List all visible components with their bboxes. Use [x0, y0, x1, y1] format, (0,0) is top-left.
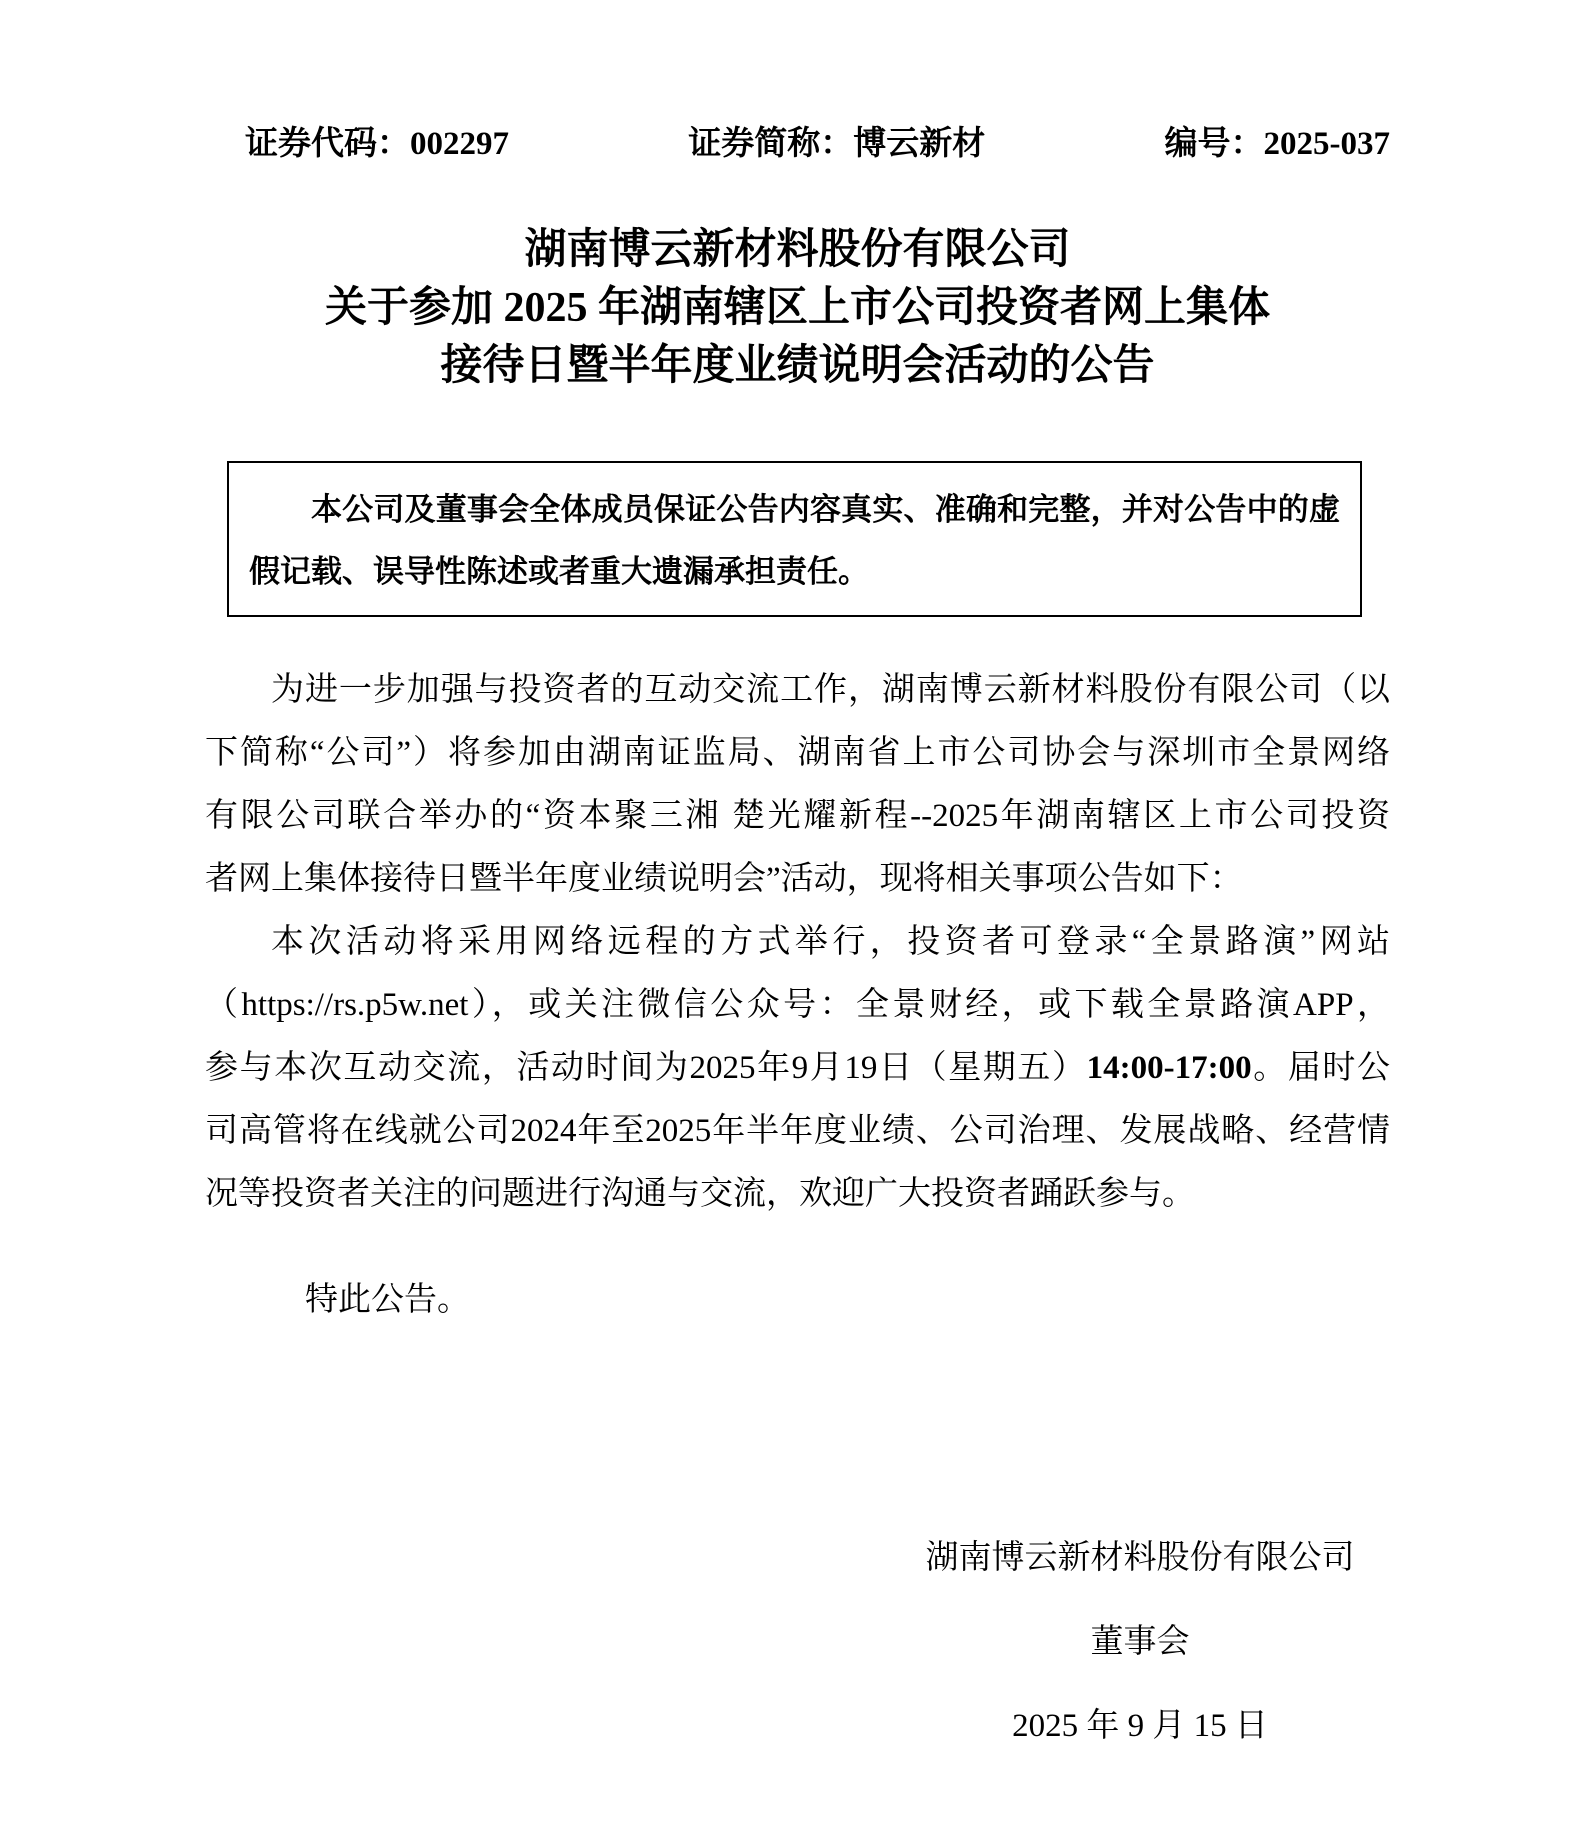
body-line: 者网上集体接待日暨半年度业绩说明会”活动，现将相关事项公告如下：	[205, 848, 1390, 911]
body-line: （https://rs.p5w.net），或关注微信公众号：全景财经，或下载全景…	[205, 974, 1390, 1037]
title-line-event: 关于参加 2025 年湖南辖区上市公司投资者网上集体	[205, 279, 1390, 337]
signature-date: 2025 年 9 月 15 日	[910, 1684, 1370, 1768]
stock-code: 证券代码：002297	[245, 125, 509, 163]
body-line: 司高管将在线就公司2024年至2025年半年度业绩、公司治理、发展战略、经营情	[205, 1100, 1390, 1163]
signature-company: 湖南博云新材料股份有限公司	[910, 1516, 1370, 1600]
disclaimer-line: 本公司及董事会全体成员保证公告内容真实、准确和完整，并对公告中的虚	[249, 479, 1340, 541]
announcement-document-page: 证券代码：002297 证券简称：博云新材 编号：2025-037 湖南博云新材…	[0, 0, 1587, 1837]
title-line-announcement: 接待日暨半年度业绩说明会活动的公告	[205, 337, 1390, 395]
body-line: 况等投资者关注的问题进行沟通与交流，欢迎广大投资者踊跃参与。	[205, 1163, 1390, 1226]
disclaimer-line: 假记载、误导性陈述或者重大遗漏承担责任。	[249, 541, 1340, 603]
body-line: 本次活动将采用网络远程的方式举行，投资者可登录“全景路演”网站	[205, 911, 1390, 974]
body-line: 下简称“公司”）将参加由湖南证监局、湖南省上市公司协会与深圳市全景网络	[205, 722, 1390, 785]
body-paragraphs: 为进一步加强与投资者的互动交流工作，湖南博云新材料股份有限公司（以下简称“公司”…	[205, 659, 1390, 1226]
stock-short-name: 证券简称：博云新材	[688, 125, 985, 163]
document-title: 湖南博云新材料股份有限公司 关于参加 2025 年湖南辖区上市公司投资者网上集体…	[205, 221, 1390, 395]
body-line: 参与本次互动交流，活动时间为2025年9月19日（星期五）14:00-17:00…	[205, 1037, 1390, 1100]
securities-header-row: 证券代码：002297 证券简称：博云新材 编号：2025-037	[205, 125, 1390, 163]
announcement-number: 编号：2025-037	[1165, 125, 1391, 163]
body-line: 为进一步加强与投资者的互动交流工作，湖南博云新材料股份有限公司（以	[205, 659, 1390, 722]
disclaimer-box: 本公司及董事会全体成员保证公告内容真实、准确和完整，并对公告中的虚假记载、误导性…	[227, 461, 1362, 617]
closing-line: 特此公告。	[205, 1269, 1390, 1332]
title-line-company: 湖南博云新材料股份有限公司	[205, 221, 1390, 279]
signature-board: 董事会	[910, 1600, 1370, 1684]
signature-block: 湖南博云新材料股份有限公司 董事会 2025 年 9 月 15 日	[910, 1516, 1370, 1768]
body-line: 有限公司联合举办的“资本聚三湘 楚光耀新程--2025年湖南辖区上市公司投资	[205, 785, 1390, 848]
